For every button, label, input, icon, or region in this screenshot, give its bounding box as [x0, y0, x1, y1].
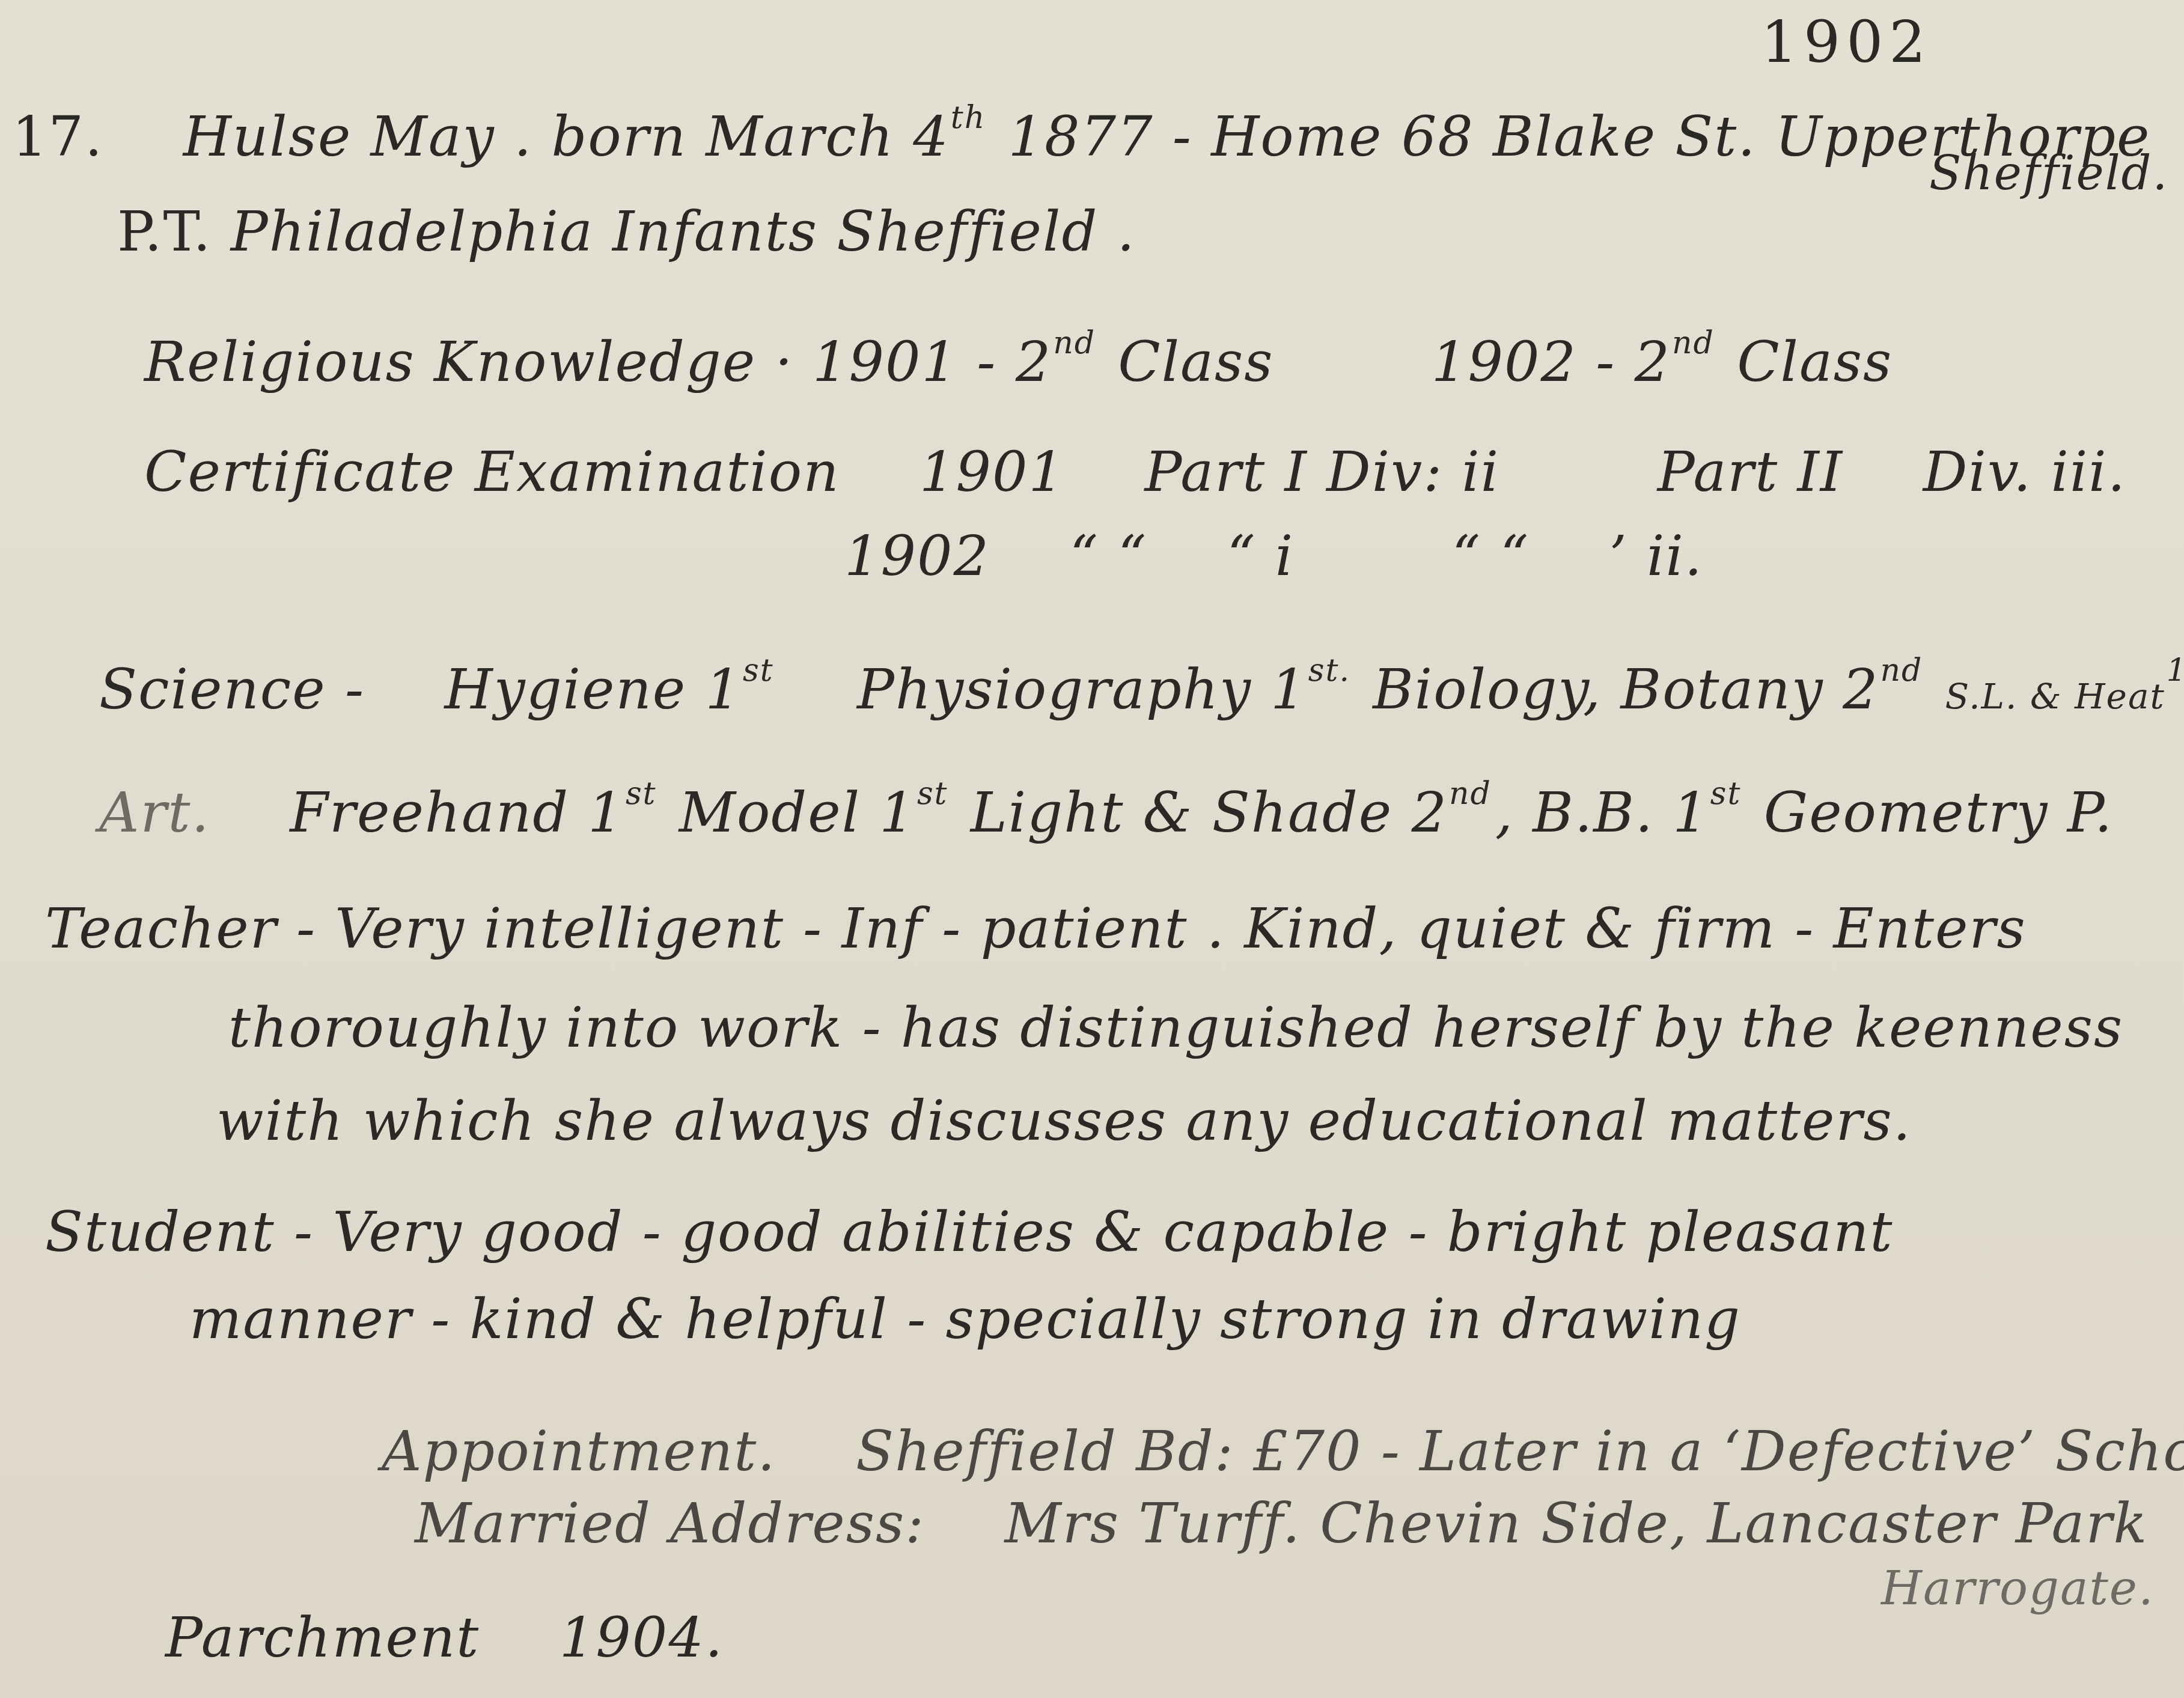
ce-div2-2: ’ ii. [1609, 524, 1703, 588]
art-suffix-4: st [1710, 776, 1742, 812]
parchment-label: Parchment [165, 1605, 480, 1670]
rk-rank-2: 2 [1635, 330, 1671, 394]
ce-part2-2: “ “ [1452, 524, 1530, 588]
entry-number: 17. [12, 105, 103, 169]
married-value: Mrs Turff. Chevin Side, Lancaster Park [1005, 1491, 2149, 1556]
born-day-suffix: th [951, 100, 986, 136]
science-suffix-3: nd [1880, 653, 1923, 689]
science-suffix-1: st [743, 653, 774, 689]
certificate-exam-line: Certificate Examination 1901 Part I Div:… [144, 445, 2126, 500]
ce-label: Certificate Examination [144, 440, 840, 504]
teacher-report-line-2: thoroughly into work - has distinguished… [228, 1000, 2123, 1056]
ce-part2-1: Part II [1658, 440, 1844, 504]
born-label: born [551, 105, 687, 169]
year-header: 1902 [1761, 13, 1932, 71]
appointment-label: Appointment. [382, 1419, 776, 1483]
pt-value: Philadelphia Infants Sheffield . [231, 199, 1136, 264]
science-subject-3: Biology, Botany [1373, 657, 1823, 722]
rk-class-1: Class [1118, 330, 1273, 394]
art-subject-5: Geometry [1764, 781, 2049, 845]
married-label: Married Address: [415, 1491, 925, 1556]
science-label: Science - [99, 657, 365, 722]
science-rank-1: 1 [705, 657, 742, 722]
science-line: Science - Hygiene 1st Physiography 1st. … [99, 655, 2184, 717]
art-subject-1: Freehand [290, 781, 569, 845]
art-label: Art. [99, 781, 210, 845]
science-rank-2: 1 [1270, 657, 1307, 722]
rk-class-2: Class [1737, 330, 1893, 394]
art-rank-2: 1 [879, 781, 916, 845]
student-label: Student - [45, 1200, 314, 1264]
rk-suffix-2: nd [1672, 325, 1715, 361]
ce-div1-1: Div: ii [1326, 440, 1499, 504]
science-subject-2: Physiography [857, 657, 1252, 722]
science-rank-3: 2 [1843, 657, 1879, 722]
student-report-line-2: manner - kind & helpful - specially stro… [189, 1292, 1741, 1347]
rk-year-2: 1902 [1432, 330, 1577, 394]
art-suffix-3: nd [1449, 776, 1492, 812]
home-label: Home [1211, 105, 1382, 169]
born-year: 1877 [1008, 105, 1153, 169]
ledger-page: 1902 17. Hulse May . born March 4th 1877… [0, 0, 2184, 1698]
home-city: Sheffield. [1929, 150, 2168, 197]
ce-part1-2: “ “ [1070, 524, 1147, 588]
art-rank-5: P. [2067, 781, 2114, 845]
rk-year-1: 1901 [813, 330, 958, 394]
art-suffix-2: st [917, 776, 948, 812]
ce-year-2: 1902 [844, 524, 990, 588]
art-subject-2: Model [679, 781, 861, 845]
ce-year-1: 1901 [920, 440, 1065, 504]
art-suffix-1: st [626, 776, 657, 812]
teacher-label: Teacher - [45, 896, 316, 961]
religious-knowledge-line: Religious Knowledge · 1901 - 2nd Class 1… [144, 327, 1893, 390]
art-rank-4: 1 [1673, 781, 1709, 845]
married-address-line: Married Address: Mrs Turff. Chevin Side,… [415, 1496, 2148, 1551]
married-town: Harrogate. [1881, 1565, 2155, 1612]
certificate-exam-line-2: 1902 “ “ “ i “ “ ’ ii. [844, 529, 1703, 584]
art-subject-3: Light & Shade [971, 781, 1392, 845]
science-subject-1: Hygiene [444, 657, 686, 722]
art-rank-1: 1 [588, 781, 624, 845]
teacher-text-1: Very intelligent - Inf - patient . Kind,… [335, 896, 2026, 961]
science-subject-4: S.L. & Heat [1945, 676, 2165, 717]
born-month-day: March 4 [706, 105, 950, 169]
student-name: Hulse May [183, 105, 495, 169]
teacher-report-line-1: Teacher - Very intelligent - Inf - patie… [45, 901, 2027, 957]
ce-div1-2: “ i [1227, 524, 1294, 588]
science-suffix-4: 1st [2167, 653, 2184, 689]
appointment-value: Sheffield Bd: £70 - Later in a ‘Defectiv… [856, 1419, 2184, 1483]
practising-school-line: P.T. Philadelphia Infants Sheffield . [117, 204, 1136, 260]
parchment-year: 1904. [560, 1605, 724, 1670]
science-suffix-2: st. [1308, 653, 1350, 689]
pt-label: P.T. [117, 199, 212, 264]
ce-part1-1: Part I [1145, 440, 1308, 504]
entry-header-line: 17. Hulse May . born March 4th 1877 - Ho… [12, 102, 2151, 165]
appointment-line: Appointment. Sheffield Bd: £70 - Later i… [382, 1424, 2184, 1479]
student-report-line-1: Student - Very good - good abilities & c… [45, 1205, 1893, 1260]
ce-div2-1: Div. iii. [1923, 440, 2126, 504]
teacher-report-line-3: with which she always discusses any educ… [216, 1094, 1912, 1149]
rk-label: Religious Knowledge [144, 330, 756, 394]
student-text-1: Very good - good abilities & capable - b… [332, 1200, 1893, 1264]
art-rank-3: 2 [1411, 781, 1448, 845]
art-line: Art. Freehand 1st Model 1st Light & Shad… [99, 778, 2113, 841]
art-subject-4: B.B. [1533, 781, 1654, 845]
rk-rank-1: 2 [1016, 330, 1052, 394]
parchment-line: Parchment 1904. [165, 1610, 724, 1666]
rk-suffix-1: nd [1053, 325, 1096, 361]
